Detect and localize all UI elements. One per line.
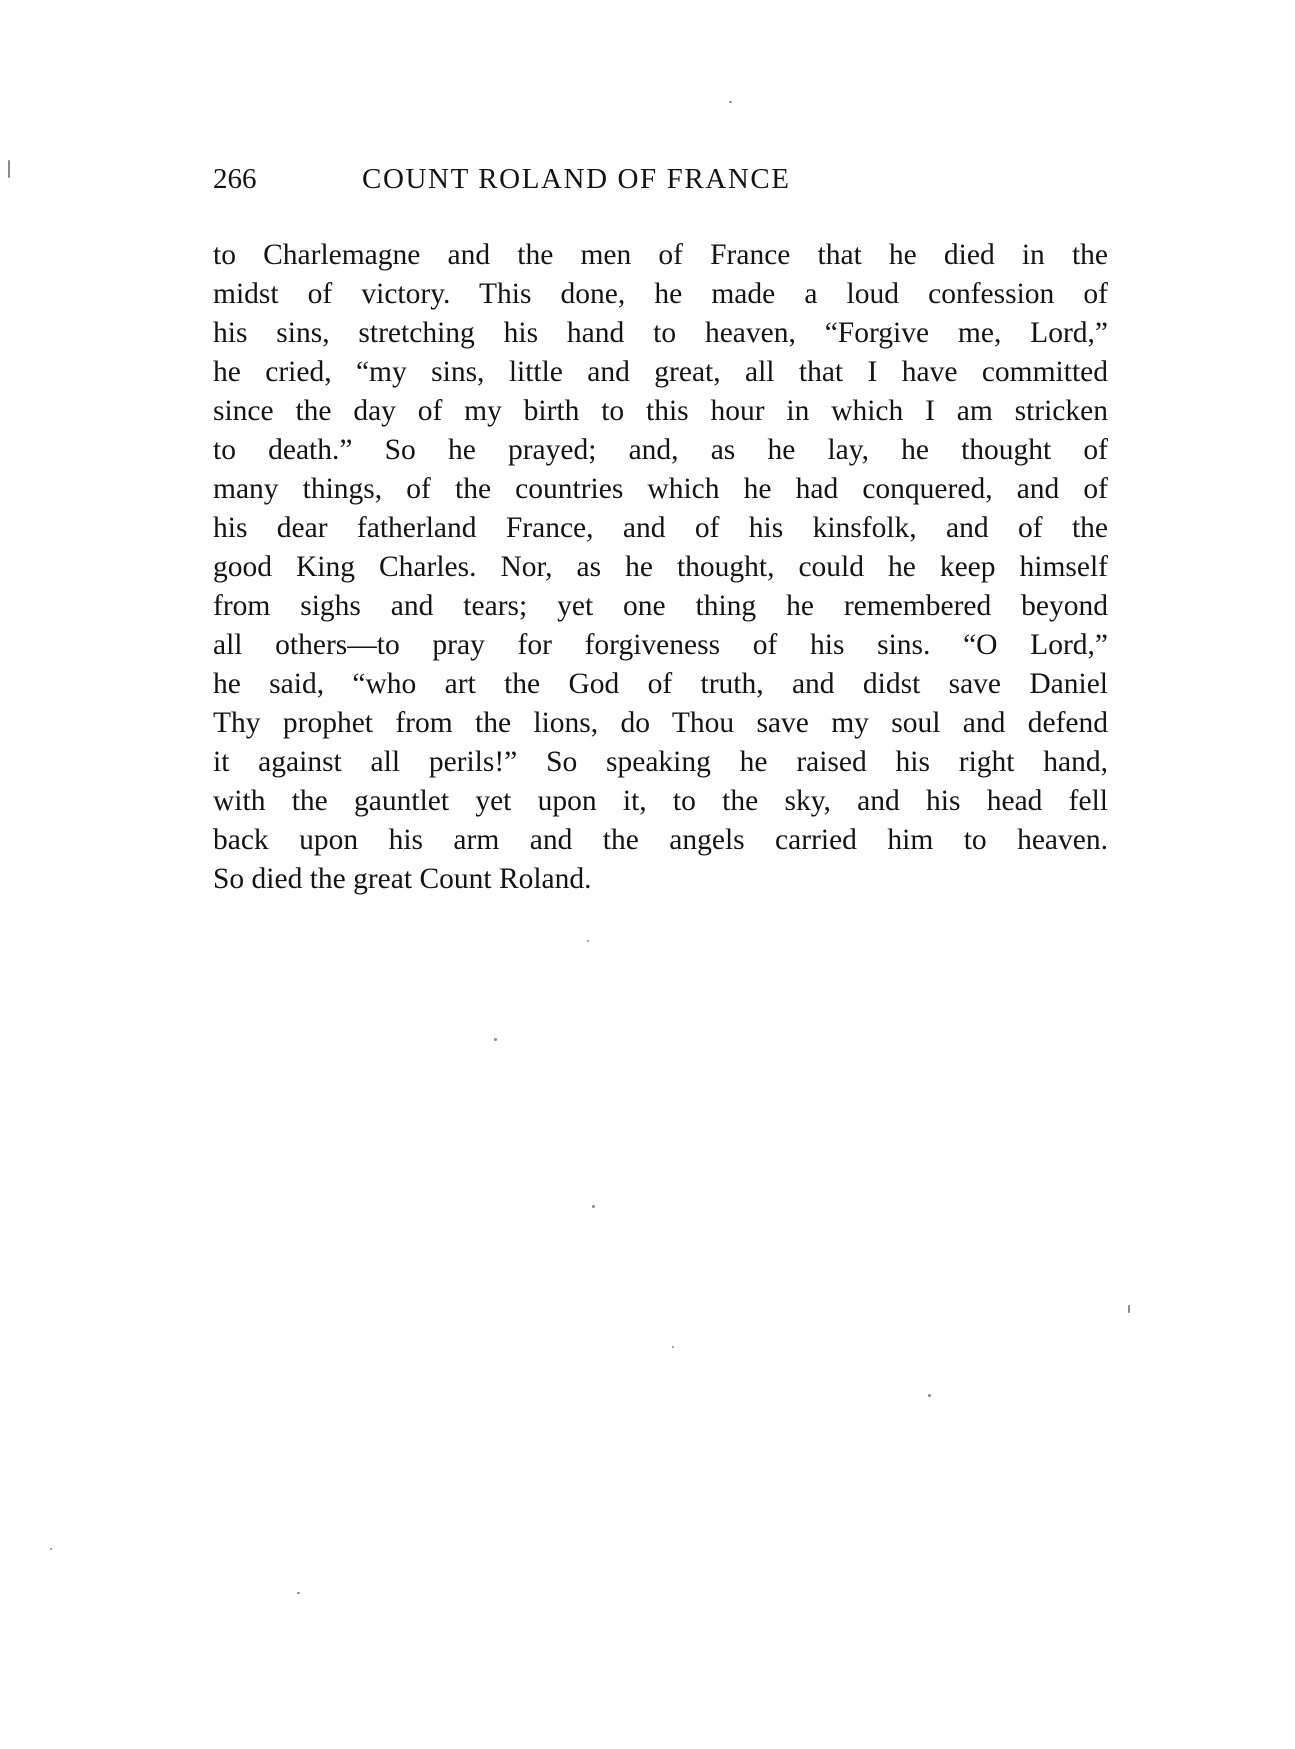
text-line: So died the great Count Roland. xyxy=(213,860,1108,899)
text-line: all others—to pray for forgiveness of hi… xyxy=(213,626,1108,665)
scan-speck xyxy=(672,1346,674,1348)
scan-speck xyxy=(729,101,732,103)
body-paragraph: to Charlemagne and the men of France tha… xyxy=(213,236,1108,899)
book-page: 266 COUNT ROLAND OF FRANCE to Charlemagn… xyxy=(0,0,1295,1749)
scan-speck xyxy=(928,1394,931,1397)
scan-speck xyxy=(8,160,10,178)
text-line: good King Charles. Nor, as he thought, c… xyxy=(213,548,1108,587)
text-line: his sins, stretching his hand to heaven,… xyxy=(213,314,1108,353)
text-line: many things, of the countries which he h… xyxy=(213,470,1108,509)
scan-speck xyxy=(494,1038,497,1041)
text-line: he cried, “my sins, little and great, al… xyxy=(213,353,1108,392)
text-line: he said, “who art the God of truth, and … xyxy=(213,665,1108,704)
scan-speck xyxy=(50,1548,52,1550)
text-line: to Charlemagne and the men of France tha… xyxy=(213,236,1108,275)
text-line: from sighs and tears; yet one thing he r… xyxy=(213,587,1108,626)
scan-speck xyxy=(297,1592,300,1594)
text-line: it against all perils!” So speaking he r… xyxy=(213,743,1108,782)
scan-speck xyxy=(592,1205,595,1208)
text-line: with the gauntlet yet upon it, to the sk… xyxy=(213,782,1108,821)
text-line: since the day of my birth to this hour i… xyxy=(213,392,1108,431)
page-number: 266 xyxy=(213,163,257,196)
text-line: to death.” So he prayed; and, as he lay,… xyxy=(213,431,1108,470)
text-line: back upon his arm and the angels carried… xyxy=(213,821,1108,860)
running-head: 266 COUNT ROLAND OF FRANCE xyxy=(213,163,928,203)
running-title: COUNT ROLAND OF FRANCE xyxy=(362,163,791,196)
scan-speck xyxy=(587,940,589,942)
text-line: midst of victory. This done, he made a l… xyxy=(213,275,1108,314)
scan-speck xyxy=(1128,1305,1130,1313)
text-line: Thy prophet from the lions, do Thou save… xyxy=(213,704,1108,743)
text-line: his dear fatherland France, and of his k… xyxy=(213,509,1108,548)
